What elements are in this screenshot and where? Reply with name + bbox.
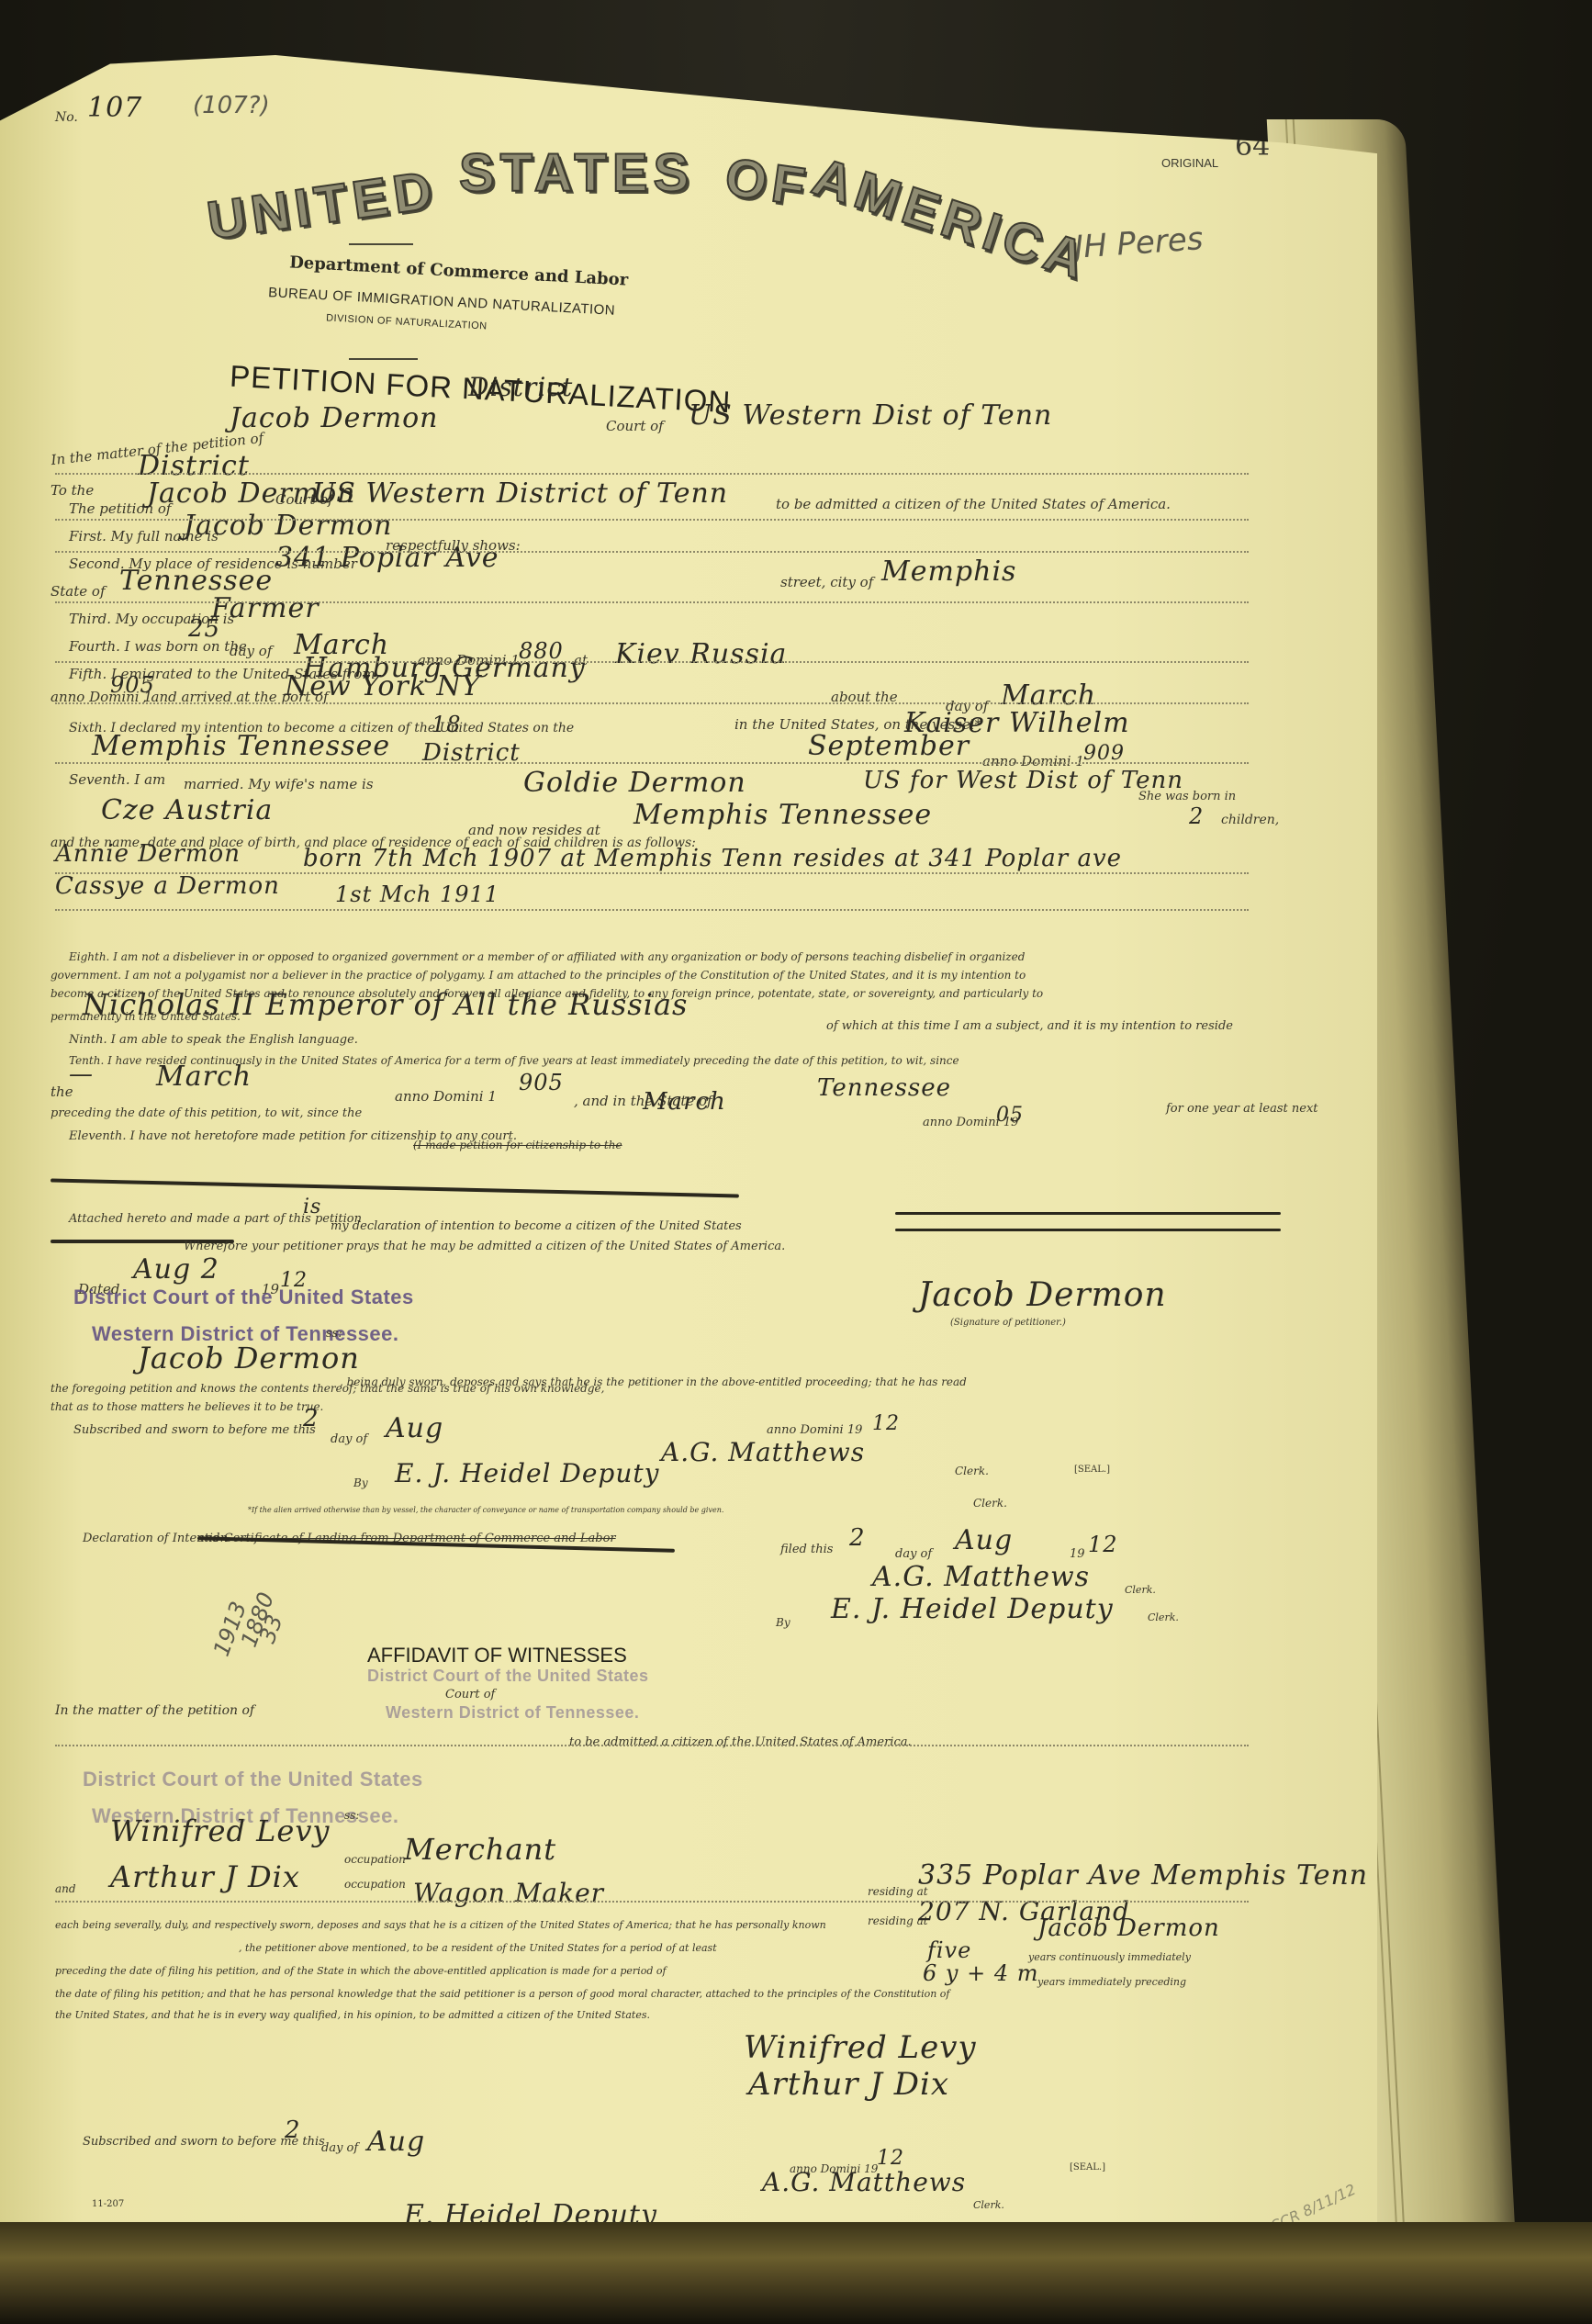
form-line (55, 661, 1249, 663)
known-person: Jacob Dermon (1037, 1914, 1220, 1942)
dated-value: Aug 2 (133, 1253, 219, 1285)
attached-text-2: my declaration of intention to become a … (331, 1219, 742, 1233)
affidavit-day-of-label: day of (321, 2141, 358, 2155)
birth-day: 25 (188, 615, 220, 643)
eleventh-struck-text: (I made petition for citizenship to the (413, 1139, 622, 1151)
title-america: AMERICA (805, 145, 1097, 292)
title-united: UNITED (204, 159, 442, 252)
oath-text-2: that as to those matters he believes it … (50, 1400, 323, 1413)
affidavit-oath-line-2b: years continuously immediately (1028, 1951, 1191, 1963)
by-label: By (353, 1476, 368, 1489)
married-label: married. My wife's name is (184, 776, 374, 792)
header-rule-2 (349, 358, 418, 360)
to-the-label: To the (50, 482, 94, 499)
eighth-text-2: government. I am not a polygamist nor a … (50, 969, 1026, 982)
child-1-name: Annie Dermon (55, 840, 241, 868)
permanently-text: permanently in the United States. (50, 1010, 241, 1023)
wherefore-text: Wherefore your petitioner prays that he … (184, 1240, 785, 1253)
birth-place: Kiev Russia (615, 638, 787, 670)
affidavit-seal-label: [SEAL.] (1070, 2162, 1105, 2172)
affidavit-oath-line-5: the United States, and that he is in eve… (55, 2009, 650, 2021)
clerk-label: Clerk. (955, 1465, 989, 1477)
seventh-label: Seventh. I am (69, 771, 165, 788)
book-bottom-edge (0, 2222, 1592, 2324)
period-us: five (927, 1937, 971, 1963)
residence-address: 341 Poplar Ave (275, 542, 499, 574)
residence-city: Memphis (881, 556, 1016, 588)
filed-by-label: By (776, 1616, 790, 1629)
affidavit-stamp-line-2: Western District of Tennessee. (386, 1703, 639, 1723)
oath-text-foregoing: the foregoing petition and knows the con… (50, 1382, 604, 1395)
seal-label: [SEAL.] (1074, 1465, 1110, 1475)
full-name: Jacob Dermon (184, 510, 393, 542)
witness-1-occupation: Merchant (404, 1832, 556, 1867)
form-line (55, 601, 1249, 603)
filed-year-label: 19 (1070, 1547, 1085, 1561)
sworn-month: Aug (386, 1412, 443, 1444)
wife-name: Goldie Dermon (523, 767, 746, 799)
witness-2-signature: Arthur J Dix (748, 2066, 949, 2103)
child-2-name: Cassye a Dermon (55, 872, 280, 900)
declaration-at: Memphis Tennessee (92, 730, 390, 762)
title-states: STATES (459, 142, 694, 204)
witness-1-residence: 335 Poplar Ave Memphis Tenn (918, 1859, 1368, 1892)
witness-1-signature: Winifred Levy (744, 2029, 977, 2066)
witness-and-label: and (55, 1882, 76, 1895)
affidavit-oath-line-4: the date of filing his petition; and tha… (55, 1988, 950, 2000)
witness-2-occupation: Wagon Maker (413, 1878, 604, 1908)
declaration-month: September (808, 730, 970, 762)
witness-2-name: Arthur J Dix (110, 1859, 300, 1894)
filed-day: 2 (849, 1524, 866, 1552)
filed-clerk-label: Clerk. (1125, 1584, 1156, 1596)
affidavit-oath-line-1: each being severally, duly, and respecti… (55, 1919, 826, 1931)
form-line (55, 702, 1249, 704)
deputy-clerk-label: Clerk. (973, 1497, 1007, 1510)
ninth-text: Ninth. I am able to speak the English la… (69, 1033, 358, 1047)
strike-line-certificate (895, 1229, 1281, 1231)
form-line (55, 1745, 1249, 1746)
petitioner-signature: Jacob Dermon (918, 1276, 1167, 1314)
arrival-port: New York NY (285, 670, 481, 702)
affidavit-oath-line-3b: years immediately preceding (1037, 1976, 1186, 1988)
naturalization-petition-page: No. 107 (107?) ORIGINAL 64 JH Peres UNIT… (0, 55, 1377, 2240)
tenth-day: — (69, 1061, 94, 1088)
department-name: Department of Commerce and Labor (289, 253, 629, 289)
witness-1-name: Winifred Levy (110, 1813, 330, 1848)
form-line (55, 872, 1249, 874)
division-name: DIVISION OF NATURALIZATION (326, 312, 488, 331)
form-line (55, 519, 1249, 521)
strike-line-denial (895, 1212, 1281, 1215)
affidavit-oath-line-3: preceding the date of filing his petitio… (55, 1965, 667, 1977)
admitted-text: to be admitted a citizen of the United S… (776, 496, 1171, 512)
original-label: ORIGINAL (1161, 156, 1218, 170)
deputy-signature: E. J. Heidel Deputy (395, 1458, 659, 1488)
attached-is: is (303, 1196, 321, 1218)
tenth-state-year: 05 (996, 1104, 1024, 1127)
court-type-inserted: District (468, 372, 573, 402)
preceding-text: preceding the date of this petition, to … (50, 1106, 362, 1120)
court-of-label: Court of (606, 418, 664, 434)
tenth-state-month: March (643, 1088, 726, 1116)
sworn-anno-domini-label: anno Domini 19 (767, 1423, 862, 1437)
affidavit-admitted-text: to be admitted a citizen of the United S… (569, 1735, 912, 1749)
tenth-anno-domini-label: anno Domini 1 (395, 1088, 497, 1105)
affidavit-court-of-label: Court of (445, 1688, 495, 1701)
affidavit-matter-label: In the matter of the petition of (55, 1703, 254, 1718)
form-line (55, 762, 1249, 764)
child-2-born: 1st Mch 1911 (335, 881, 499, 907)
strike-line-eleventh (50, 1178, 739, 1197)
filed-deputy-label: Clerk. (1148, 1611, 1179, 1623)
witness-1-occupation-label: occupation (344, 1853, 406, 1866)
declaration-court: US for West Dist of Tenn (863, 767, 1183, 794)
affidavit-stamp-line-1: District Court of the United States (367, 1667, 649, 1686)
birth-day-of-label: day of (230, 643, 272, 659)
clerk-signature: A.G. Matthews (661, 1437, 865, 1467)
occupation: Farmer (211, 592, 320, 624)
alien-footnote: *If the alien arrived otherwise than by … (248, 1506, 723, 1514)
affidavit-clerk-label: Clerk. (973, 2199, 1004, 2211)
court-stamp-line-1: District Court of the United States (73, 1285, 414, 1309)
affidavit-sworn-month: Aug (367, 2126, 425, 2158)
ss-label: ss: (326, 1327, 342, 1341)
form-line (55, 551, 1249, 553)
sworn-day-of-label: day of (331, 1432, 367, 1446)
form-number-label: No. (55, 110, 78, 125)
filed-label: filed this (780, 1543, 833, 1556)
form-line (55, 473, 1249, 475)
filed-day-of-label: day of (895, 1547, 932, 1561)
affidavit-court-stamp-1: District Court of the United States (83, 1768, 423, 1791)
form-line (55, 909, 1249, 911)
wife-residence: Memphis Tennessee (633, 799, 932, 831)
declaration-anno-domini-label: anno Domini 1 (982, 753, 1084, 769)
declaration-day: 18 (432, 712, 462, 737)
filed-year: 12 (1088, 1532, 1118, 1557)
bureau-name: BUREAU OF IMMIGRATION AND NATURALIZATION (268, 285, 616, 319)
wife-born-label: She was born in (1138, 790, 1236, 803)
filed-clerk-signature: A.G. Matthews (872, 1561, 1090, 1593)
form-number: 107 (87, 92, 142, 124)
sworn-year: 12 (872, 1412, 900, 1435)
affidavit-sworn-day: 2 (285, 2116, 301, 2144)
tenth-state: Tennessee (817, 1074, 951, 1102)
court-name-2: US Western District of Tenn (312, 477, 728, 510)
court-name: US Western Dist of Tenn (689, 399, 1052, 432)
form-number-pencil: (107?) (193, 92, 270, 119)
form-code: 11-207 (92, 2199, 124, 2209)
tenth-state-suffix: for one year at least next (1166, 1102, 1318, 1116)
affidavit-oath-line-2: , the petitioner above mentioned, to be … (239, 1942, 717, 1954)
affidavit-title: AFFIDAVIT OF WITNESSES (367, 1644, 627, 1667)
sworn-label: Subscribed and sworn to before me this (73, 1423, 316, 1437)
signature-caption: (Signature of petitioner.) (950, 1318, 1066, 1328)
filed-deputy-signature: E. J. Heidel Deputy (831, 1593, 1114, 1625)
children-suffix: children, (1221, 813, 1279, 827)
title-of: OF (722, 146, 814, 219)
eighth-text-1: Eighth. I am not a disbeliever in or opp… (69, 950, 1025, 963)
witness-2-occupation-label: occupation (344, 1878, 406, 1891)
tenth-month: March (156, 1061, 252, 1093)
affidavit-ss-label: ss: (344, 1809, 359, 1822)
period-state: 6 y + 4 m (923, 1960, 1038, 1986)
petitioner-name: Jacob Dermon (230, 402, 439, 434)
children-count: 2 (1189, 803, 1204, 829)
form-line (55, 1901, 1249, 1903)
street-city-label: street, city of (780, 574, 873, 590)
tenth-year: 905 (519, 1070, 564, 1095)
header-rule (349, 243, 413, 245)
wife-birthplace: Cze Austria (101, 794, 273, 826)
affiant-name: Jacob Dermon (138, 1341, 360, 1375)
child-1-born: born 7th Mch 1907 at Memphis Tenn reside… (303, 845, 1122, 872)
subject-text: of which at this time I am a subject, an… (826, 1019, 1233, 1033)
filed-month: Aug (955, 1524, 1013, 1556)
affidavit-clerk-signature: A.G. Matthews (762, 2167, 966, 2197)
state-label: State of (50, 583, 106, 600)
sworn-day: 2 (303, 1405, 320, 1432)
